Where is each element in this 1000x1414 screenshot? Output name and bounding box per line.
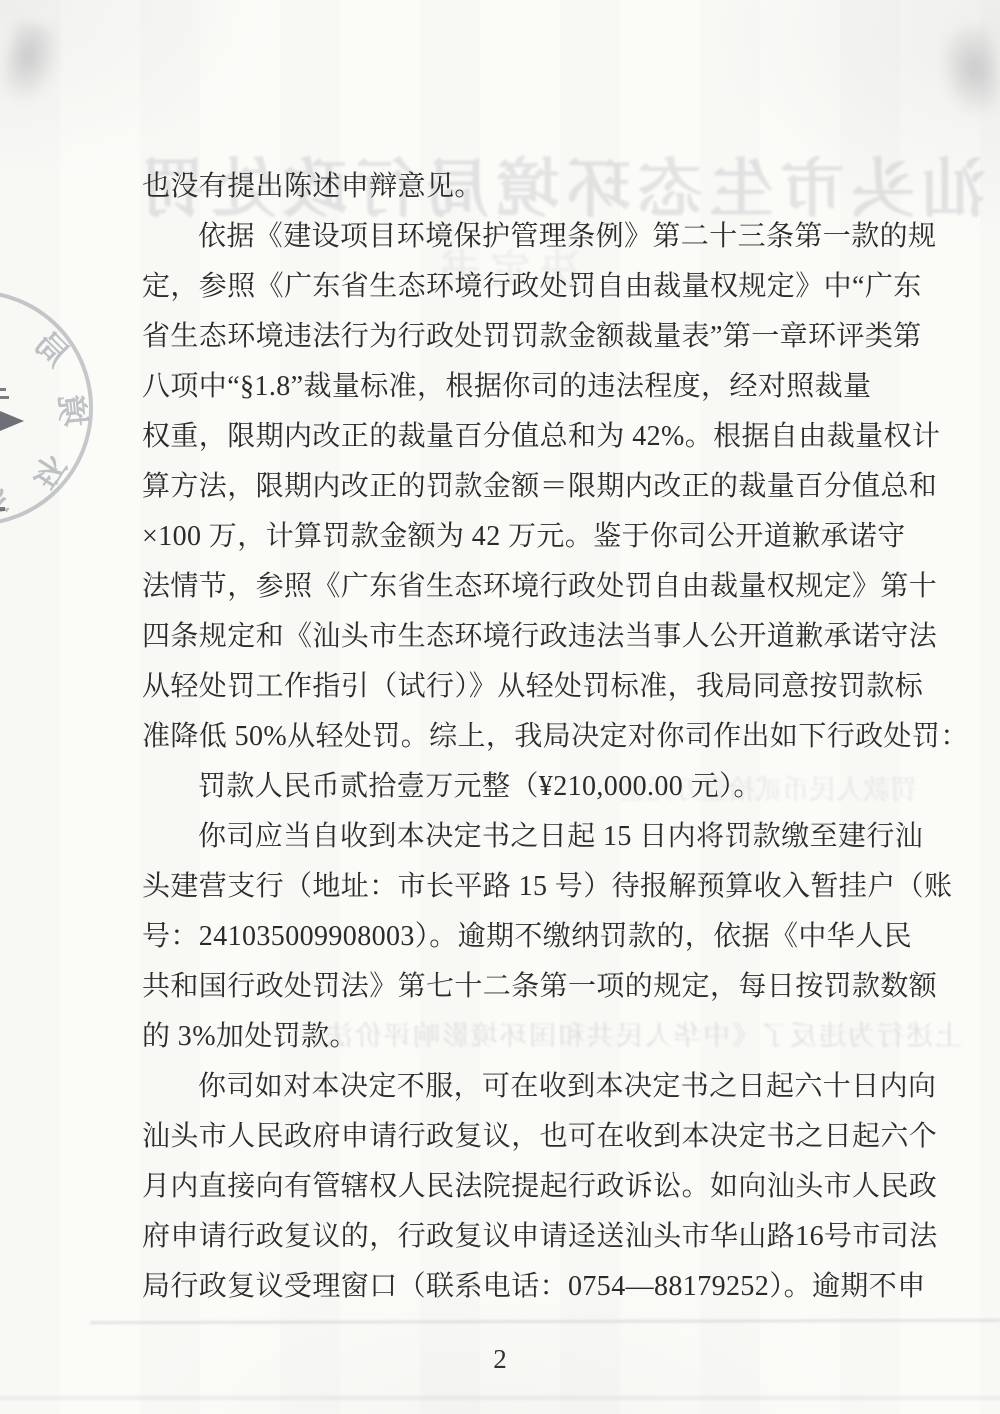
text-line: 的 3%加处罚款。 bbox=[142, 1012, 917, 1062]
text-line: 汕头市人民政府申请行政复议，也可在收到本决定书之日起六个 bbox=[142, 1112, 917, 1162]
text-line: 罚款人民币贰拾壹万元整（¥210,000.00 元）。 bbox=[142, 762, 917, 812]
text-line: 定，参照《广东省生态环境行政处罚自由裁量权规定》中“广东 bbox=[142, 262, 917, 312]
text-line: 省生态环境违法行为行政处罚罚款金额裁量表”第一章环评类第 bbox=[142, 312, 917, 362]
edge-mark bbox=[0, 396, 9, 399]
text-line: 从轻处罚工作指引（试行）》从轻处罚标准，我局同意按罚款标 bbox=[142, 662, 917, 712]
official-seal-stamp: 汕头市生态环境局 bbox=[0, 283, 100, 533]
scanned-document-page: { "page": { "number": "2", "background_c… bbox=[0, 0, 1000, 1414]
page-number: 2 bbox=[0, 1344, 1000, 1375]
seal-text: 汕头市生态环境局 bbox=[0, 303, 91, 525]
edge-mark bbox=[0, 507, 5, 511]
edge-mark bbox=[0, 388, 6, 391]
text-line: 也没有提出陈述申辩意见。 bbox=[142, 162, 917, 212]
scan-smudge-top-right bbox=[934, 24, 1000, 123]
document-body: 也没有提出陈述申辩意见。依据《建设项目环境保护管理条例》第二十三条第一款的规定，… bbox=[142, 162, 917, 1312]
text-line: 你司如对本决定不服，可在收到本决定书之日起六十日内向 bbox=[142, 1062, 917, 1112]
text-line: 法情节，参照《广东省生态环境行政处罚自由裁量权规定》第十 bbox=[142, 562, 917, 612]
text-line: 你司应当自收到本决定书之日起 15 日内将罚款缴至建行汕 bbox=[142, 812, 917, 862]
text-line: 月内直接向有管辖权人民法院提起行政诉讼。如向汕头市人民政 bbox=[142, 1162, 917, 1212]
text-line: 八项中“§1.8”裁量标准，根据你司的违法程度，经对照裁量 bbox=[142, 362, 917, 412]
text-line: 四条规定和《汕头市生态环境行政违法当事人公开道歉承诺守法 bbox=[142, 612, 917, 662]
text-line: 准降低 50%从轻处罚。综上，我局决定对你司作出如下行政处罚： bbox=[142, 712, 917, 762]
text-line: 号：241035009908003）。逾期不缴纳罚款的，依据《中华人民 bbox=[142, 912, 917, 962]
scan-streak bbox=[0, 1396, 1000, 1400]
svg-text:汕头市生态环境局: 汕头市生态环境局 bbox=[0, 303, 91, 525]
text-line: 头建营支行（地址：市长平路 15 号）待报解预算收入暂挂户（账 bbox=[142, 862, 917, 912]
text-line: 局行政复议受理窗口（联系电话：0754—88179252）。逾期不申 bbox=[142, 1262, 917, 1312]
text-line: 府申请行政复议的，行政复议申请迳送汕头市华山路16号市司法 bbox=[142, 1212, 917, 1262]
text-line: 依据《建设项目环境保护管理条例》第二十三条第一款的规 bbox=[142, 212, 917, 262]
text-line: ×100 万，计算罚款金额为 42 万元。鉴于你司公开道歉承诺守 bbox=[142, 512, 917, 562]
text-line: 共和国行政处罚法》第七十二条第一项的规定，每日按罚款数额 bbox=[142, 962, 917, 1012]
seal-star-point bbox=[0, 411, 24, 431]
scan-streak bbox=[90, 1319, 1000, 1324]
scan-smudge-top-left bbox=[0, 19, 66, 110]
text-line: 权重，限期内改正的裁量百分值总和为 42%。根据自由裁量权计 bbox=[142, 412, 917, 462]
text-line: 算方法，限期内改正的罚款金额＝限期内改正的裁量百分值总和 bbox=[142, 462, 917, 512]
